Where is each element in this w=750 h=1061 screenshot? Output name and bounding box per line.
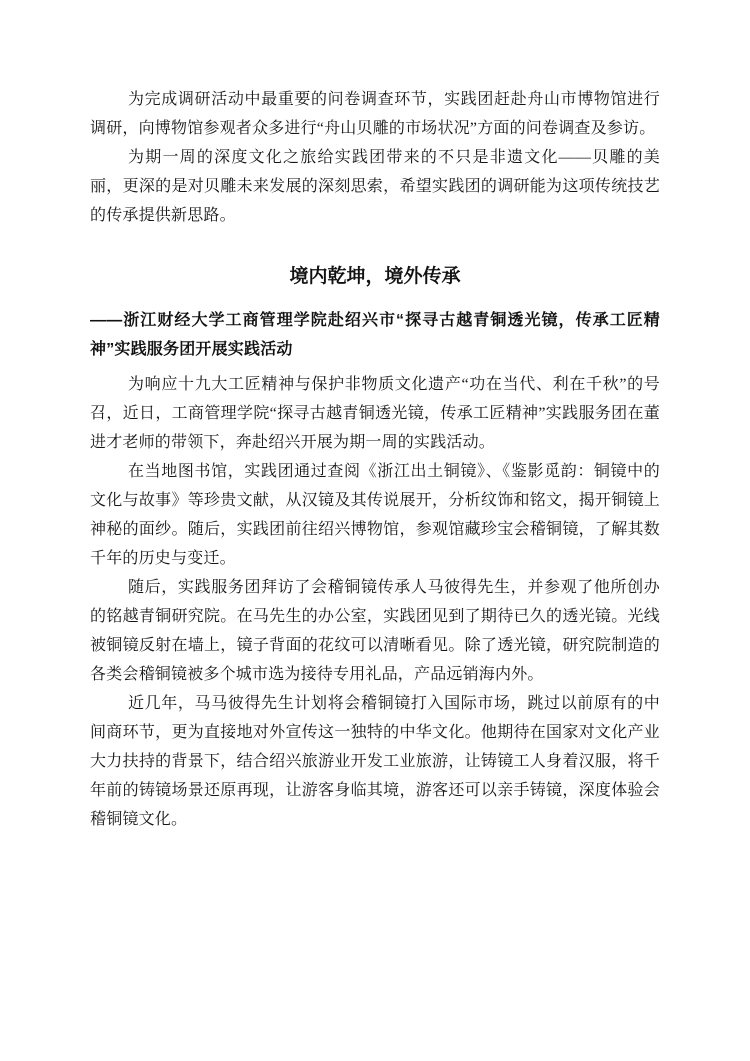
section-paragraph-2: 在当地图书馆，实践团通过查阅《浙江出土铜镜》、《鉴影觅韵：铜镜中的文化与故事》等… — [90, 457, 660, 573]
document-page: 为完成调研活动中最重要的问卷调查环节，实践团赶赴舟山市博物馆进行调研，向博物馆参… — [0, 0, 750, 1061]
intro-paragraph-1: 为完成调研活动中最重要的问卷调查环节，实践团赶赴舟山市博物馆进行调研，向博物馆参… — [90, 85, 660, 143]
section-paragraph-1: 为响应十九大工匠精神与保护非物质文化遗产“功在当代、利在千秋”的号召，近日，工商… — [90, 370, 660, 457]
section-subtitle: ——浙江财经大学工商管理学院赴绍兴市“探寻古越青铜透光镜，传承工匠精神”实践服务… — [90, 306, 660, 364]
section-title: 境内乾坤，境外传承 — [90, 260, 660, 294]
intro-paragraph-2: 为期一周的深度文化之旅给实践团带来的不只是非遗文化——贝雕的美丽，更深的是对贝雕… — [90, 143, 660, 230]
section-paragraph-3: 随后，实践服务团拜访了会稽铜镜传承人马彼得先生，并参观了他所创办的铭越青铜研究院… — [90, 573, 660, 689]
section-paragraph-4: 近几年，马马彼得先生计划将会稽铜镜打入国际市场，跳过以前原有的中间商环节，更为直… — [90, 689, 660, 834]
